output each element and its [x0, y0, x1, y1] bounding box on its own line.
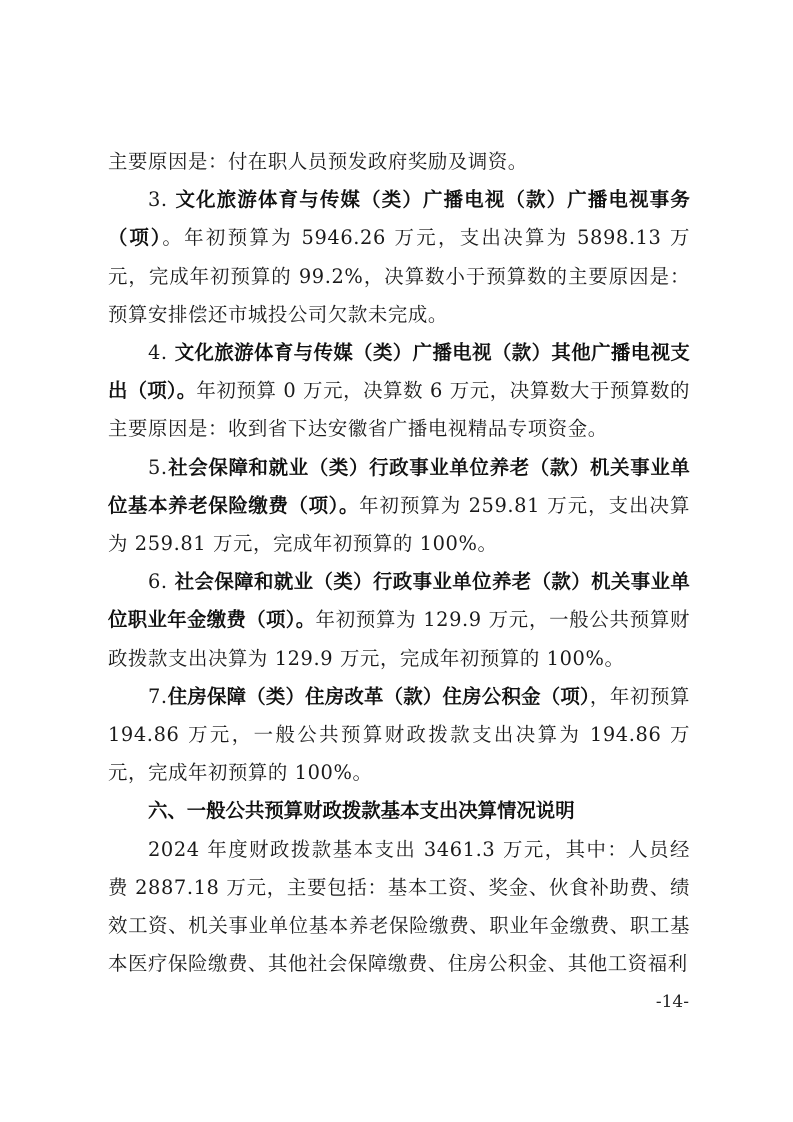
- paragraph-item-5: 5.社会保障和就业（类）行政事业单位养老（款）机关事业单位基本养老保险缴费（项）…: [108, 449, 690, 564]
- item-number: 7.: [148, 685, 168, 708]
- section-body-text: 2024 年度财政拨款基本支出 3461.3 万元，其中：人员经费 2887.1…: [108, 838, 690, 976]
- page-number: -14-: [656, 992, 689, 1012]
- document-page: 主要原因是：付在职人员预发政府奖励及调资。 3. 文化旅游体育与传媒（类）广播电…: [0, 0, 793, 1122]
- paragraph-item-6: 6. 社会保障和就业（类）行政事业单位养老（款）机关事业单位职业年金缴费（项）。…: [108, 563, 690, 678]
- item-number: 6.: [148, 570, 175, 593]
- item-title: 住房保障（类）住房改革（款）住房公积金（项）: [168, 685, 590, 708]
- item-text: 。年初预算为 5946.26 万元，支出决算为 5898.13 万元，完成年初预…: [108, 226, 690, 325]
- paragraph-item-3: 3. 文化旅游体育与传媒（类）广播电视（款）广播电视事务（项）。年初预算为 59…: [108, 181, 690, 334]
- page-content: 主要原因是：付在职人员预发政府奖励及调资。 3. 文化旅游体育与传媒（类）广播电…: [108, 143, 690, 983]
- paragraph-item-4: 4. 文化旅游体育与传媒（类）广播电视（款）其他广播电视支出（项）。年初预算 0…: [108, 334, 690, 449]
- item-number: 5.: [148, 456, 168, 479]
- paragraph-continuation: 主要原因是：付在职人员预发政府奖励及调资。: [108, 143, 690, 181]
- item-text: 年初预算 0 万元，决算数 6 万元，决算数大于预算数的主要原因是：收到省下达安…: [108, 379, 690, 440]
- item-number: 4.: [148, 341, 175, 364]
- section-body-paragraph: 2024 年度财政拨款基本支出 3461.3 万元，其中：人员经费 2887.1…: [108, 831, 690, 984]
- paragraph-item-7: 7.住房保障（类）住房改革（款）住房公积金（项），年初预算 194.86 万元，…: [108, 678, 690, 793]
- item-number: 3.: [148, 188, 176, 211]
- section-heading: 六、一般公共预算财政拨款基本支出决算情况说明: [108, 792, 690, 830]
- paragraph-text: 主要原因是：付在职人员预发政府奖励及调资。: [108, 150, 528, 173]
